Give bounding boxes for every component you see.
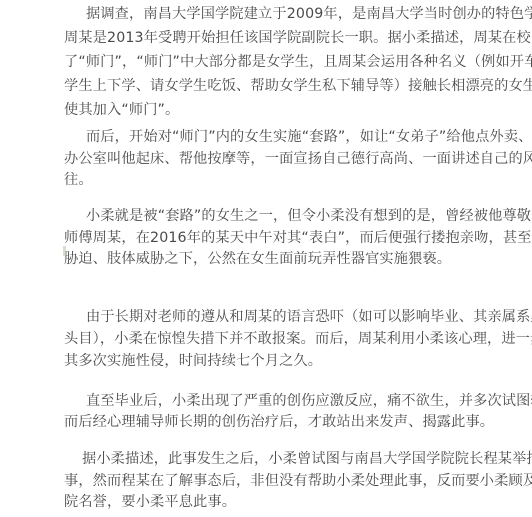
paragraph-line: 使其加入“师门”。: [64, 100, 179, 120]
paragraph-line: 小柔就是被“套路”的女生之一，但令小柔没有想到的是，曾经被他尊敬爱戴的: [86, 206, 532, 226]
paragraph-line: 事，然而程某在了解事态后，非但没有帮助小柔处理此事，反而要小柔顾及国学: [64, 471, 532, 491]
paragraph-line: 其多次实施性侵，时间持续七个月之久。: [64, 351, 322, 371]
paragraph-line: 头目），小柔在惊惶失措下并不敢报案。而后，周某利用小柔该心理，进一步对: [64, 329, 532, 349]
article-body: 据调查，南昌大学国学院建立于2009年，是南昌大学当时创办的特色学院， 周某是2…: [0, 0, 532, 517]
paragraph-line: 而后经心理辅导师长期的创伤治疗后，才敢站出来发声、揭露此事。: [64, 412, 494, 432]
paragraph-line: 往。: [64, 170, 93, 190]
paragraph-line: 据小柔描述，此事发生之后，小柔曾试图与南昌大学国学院院长程某举报此: [82, 449, 532, 469]
paragraph-line: 周某是2013年受聘开始担任该国学院副院长一职。据小柔描述，周某在校内创建: [64, 28, 532, 48]
paragraph-line: 办公室叫他起床、帮他按摩等，一面宣扬自己德行高尚、一面讲述自己的风流过: [64, 149, 532, 169]
paragraph-line: 而后，开始对“师门”内的女生实施“套路”，如让“女弟子”给他点外卖、午休后去: [86, 127, 532, 147]
paragraph-line: 院名誉，要小柔平息此事。: [64, 492, 236, 512]
paragraph-line: 胁迫、肢体威胁之下，公然在女生面前玩弄性器官实施猥亵。: [64, 249, 451, 269]
scan-artifact: [63, 246, 66, 256]
paragraph-line: 据调查，南昌大学国学院建立于2009年，是南昌大学当时创办的特色学院，: [86, 4, 532, 24]
paragraph-line: 了“师门”，“师门”中大部分都是女学生，且周某会运用各种名义（例如开车接送女: [64, 52, 532, 72]
paragraph-line: 由于长期对老师的遵从和周某的语言恐吓（如可以影响毕业、其亲属系黑社会: [86, 307, 532, 327]
paragraph-line: 师傅周某，在2016年的某天中午对其“表白”，而后便强行搂抱亲吻，甚至在语言: [64, 228, 532, 248]
paragraph-line: 直至毕业后，小柔出现了严重的创伤应激反应，痛不欲生，并多次试图轻生，: [86, 391, 532, 411]
paragraph-line: 学生上下学、请女学生吃饭、帮助女学生私下辅导等）接触长相漂亮的女生，诱: [64, 76, 532, 96]
